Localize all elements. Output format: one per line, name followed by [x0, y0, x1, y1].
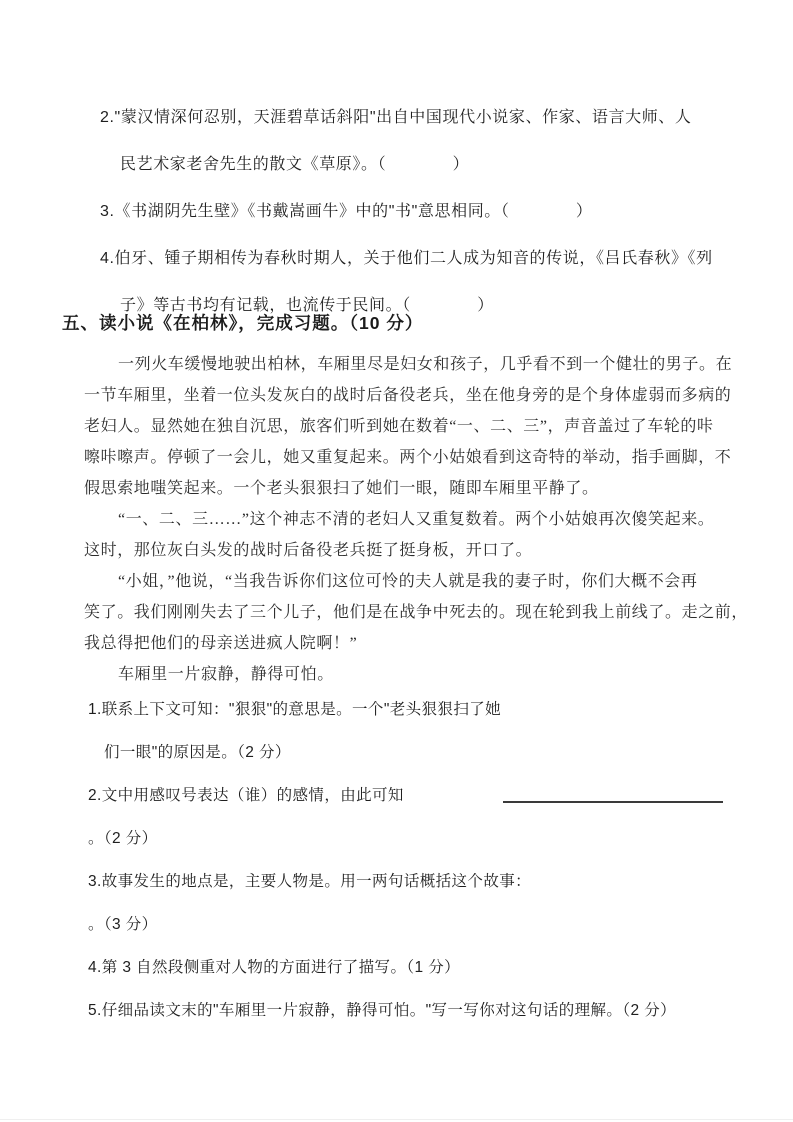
answer-blank-line	[503, 801, 723, 803]
questions-section: 1.联系上下文可知："狠狠"的意思是。一个"老头狠狠扫了她 们一眼"的原因是。（…	[88, 688, 723, 1032]
question-line: 1.联系上下文可知："狠狠"的意思是。一个"老头狠狠扫了她	[88, 688, 723, 731]
passage-line: 笑了。我们刚刚失去了三个儿子，他们是在战争中死去的。现在轮到我上前线了。走之前，	[84, 597, 740, 628]
reading-passage: 一列火车缓慢地驶出柏林，车厢里尽是妇女和孩子，几乎看不到一个健壮的男子。在 一节…	[84, 349, 740, 690]
question-text: 2.文中用感叹号表达（谁）的感情，由此可知	[88, 787, 404, 804]
passage-line: 车厢里一片寂静，静得可怕。	[84, 659, 740, 690]
passage-line: “一、二、三……”这个神志不清的老妇人又重复数着。两个小姑娘再次傻笑起来。	[84, 504, 740, 535]
passage-line: 我总得把他们的母亲送进疯人院啊！”	[84, 628, 740, 659]
statement-line: 民艺术家老舍先生的散文《草原》。（ ）	[100, 141, 732, 188]
passage-line: 一列火车缓慢地驶出柏林，车厢里尽是妇女和孩子，几乎看不到一个健壮的男子。在	[84, 349, 740, 380]
passage-line: “小姐，”他说，“当我告诉你们这位可怜的夫人就是我的妻子时，你们大概不会再	[84, 566, 740, 597]
truefalse-section: 2."蒙汉情深何忍别，天涯碧草话斜阳"出自中国现代小说家、作家、语言大师、人 民…	[100, 94, 732, 329]
question-line: 。（2 分）	[88, 817, 723, 860]
section-five-heading: 五、读小说《在柏林》，完成习题。（10 分）	[62, 310, 423, 335]
passage-line: 一节车厢里，坐着一位头发灰白的战时后备役老兵，坐在他身旁的是个身体虚弱而多病的	[84, 380, 740, 411]
statement-line: 2."蒙汉情深何忍别，天涯碧草话斜阳"出自中国现代小说家、作家、语言大师、人	[100, 94, 732, 141]
exam-page: 2."蒙汉情深何忍别，天涯碧草话斜阳"出自中国现代小说家、作家、语言大师、人 民…	[0, 0, 793, 1122]
passage-line: 假思索地嗤笑起来。一个老头狠狠扫了她们一眼，随即车厢里平静了。	[84, 473, 740, 504]
question-line: 。（3 分）	[88, 903, 723, 946]
question-line: 4.第 3 自然段侧重对人物的方面进行了描写。（1 分）	[88, 946, 723, 989]
statement-line: 4.伯牙、锺子期相传为春秋时期人，关于他们二人成为知音的传说，《吕氏春秋》《列	[100, 235, 732, 282]
statement-line: 3.《书湖阴先生壁》《书戴嵩画牛》中的"书"意思相同。（ ）	[100, 188, 732, 235]
question-line: 们一眼"的原因是。（2 分）	[88, 731, 723, 774]
question-line: 5.仔细品读文末的"车厢里一片寂静，静得可怕。"写一写你对这句话的理解。（2 分…	[88, 989, 723, 1032]
question-line: 2.文中用感叹号表达（谁）的感情，由此可知	[88, 774, 723, 817]
passage-line: 这时，那位灰白头发的战时后备役老兵挺了挺身板，开口了。	[84, 535, 740, 566]
question-line: 3.故事发生的地点是，主要人物是。用一两句话概括这个故事：	[88, 860, 723, 903]
passage-line: 老妇人。显然她在独自沉思，旅客们听到她在数着“一、二、三”，声音盖过了车轮的咔	[84, 411, 740, 442]
passage-line: 嚓咔嚓声。停顿了一会儿，她又重复起来。两个小姑娘看到这奇特的举动，指手画脚，不	[84, 442, 740, 473]
page-bottom-edge	[0, 1119, 793, 1120]
